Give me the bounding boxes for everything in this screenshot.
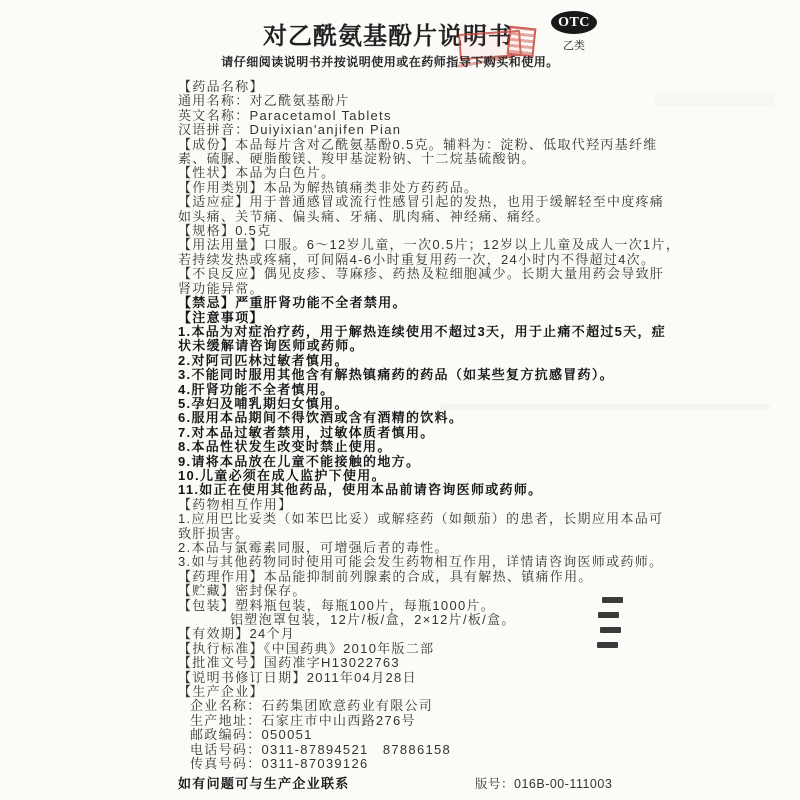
doc-line-25: 7.对本品过敏者禁用，过敏体质者慎用。 [178, 426, 646, 440]
doc-line-12: 【用法用量】口服。6～12岁儿童，一次0.5片；12岁以上儿童及成人一次1片， [178, 238, 646, 252]
doc-line-42: 【说明书修订日期】2011年04月28日 [178, 671, 646, 685]
doc-line-1: 【药品名称】 [178, 80, 646, 94]
doc-line-47: 电话号码：0311-87894521 87886158 [178, 743, 646, 757]
doc-line-9: 【适应症】用于普通感冒或流行性感冒引起的发热，也用于缓解轻至中度疼痛 [178, 195, 646, 209]
doc-line-29: 11.如正在使用其他药品，使用本品前请咨询医师或药师。 [178, 483, 646, 497]
doc-line-35: 【药理作用】本品能抑制前列腺素的合成，具有解热、镇痛作用。 [178, 570, 646, 584]
doc-line-4: 汉语拼音：Duiyixian'anjifen Pian [178, 123, 646, 137]
doc-line-44: 企业名称：石药集团欧意药业有限公司 [178, 699, 646, 713]
doc-line-15: 肾功能异常。 [178, 282, 646, 296]
doc-line-16: 【禁忌】严重肝肾功能不全者禁用。 [178, 296, 646, 310]
page-title: 对乙酰氨基酚片说明书 [0, 16, 776, 51]
doc-line-41: 【批准文号】国药准字H13022763 [178, 656, 646, 670]
doc-line-21: 3.不能同时服用其他含有解热镇痛药的药品（如某些复方抗感冒药）。 [178, 368, 646, 382]
doc-line-18: 1.本品为对症治疗药，用于解热连续使用不超过3天，用于止痛不超过5天，症 [178, 325, 646, 339]
doc-line-43: 【生产企业】 [178, 685, 646, 699]
doc-line-40: 【执行标准】《中国药典》2010年版二部 [178, 642, 646, 656]
doc-line-22: 4.肝肾功能不全者慎用。 [178, 383, 646, 397]
scan-artifact-2 [655, 92, 775, 106]
footer: 如有问题可与生产企业联系 版号：016B-00-111003 [178, 773, 646, 788]
doc-line-2: 通用名称：对乙酰氨基酚片 [178, 94, 646, 108]
doc-line-5: 【成份】本品每片含对乙酰氨基酚0.5克。辅料为：淀粉、低取代羟丙基纤维 [178, 138, 646, 152]
doc-line-17: 【注意事项】 [178, 311, 646, 325]
doc-line-6: 素、硫脲、硬脂酸镁、羧甲基淀粉钠、十二烷基硫酸钠。 [178, 152, 646, 166]
otc-badge-icon: OTC [551, 11, 597, 34]
doc-line-11: 【规格】0.5克 [178, 224, 646, 238]
doc-line-8: 【作用类别】本品为解热镇痛类非处方药药品。 [178, 181, 646, 195]
doc-line-30: 【药物相互作用】 [178, 498, 646, 512]
doc-line-13: 若持续发热或疼痛，可间隔4-6小时重复用药一次，24小时内不得超过4次。 [178, 253, 646, 267]
doc-line-45: 生产地址：石家庄市中山西路276号 [178, 714, 646, 728]
doc-line-26: 8.本品性状发生改变时禁止使用。 [178, 440, 646, 454]
doc-line-46: 邮政编码：050051 [178, 728, 646, 742]
registration-mark-3 [600, 627, 621, 633]
doc-line-38: 铝塑泡罩包装，12片/板/盒，2×12片/板/盒。 [178, 613, 646, 627]
contact-note: 如有问题可与生产企业联系 [178, 776, 350, 791]
registration-mark-1 [602, 597, 623, 603]
doc-line-19: 状未缓解请咨询医师或药师。 [178, 339, 646, 353]
doc-line-3: 英文名称：Paracetamol Tablets [178, 109, 646, 123]
scan-artifact-1 [440, 404, 770, 410]
otc-badge-label: OTC [558, 15, 590, 31]
doc-line-39: 【有效期】24个月 [178, 627, 646, 641]
document-lines: 【药品名称】通用名称：对乙酰氨基酚片英文名称：Paracetamol Table… [178, 80, 646, 772]
doc-line-37: 【包装】塑料瓶包装，每瓶100片，每瓶1000片。 [178, 599, 646, 613]
doc-line-14: 【不良反应】偶见皮疹、荨麻疹、药热及粒细胞减少。长期大量用药会导致肝 [178, 267, 646, 281]
doc-line-34: 3.如与其他药物同时使用可能会发生药物相互作用，详情请咨询医师或药师。 [178, 555, 646, 569]
drug-package-insert: 对乙酰氨基酚片说明书 OTC 乙类 请仔细阅读说明书并按说明使用或在药师指导下购… [0, 0, 800, 800]
doc-line-20: 2.对阿司匹林过敏者慎用。 [178, 354, 646, 368]
version-number: 版号：016B-00-111003 [475, 774, 612, 792]
doc-line-10: 如头痛、关节痛、偏头痛、牙痛、肌肉痛、神经痛、痛经。 [178, 210, 646, 224]
doc-line-28: 10.儿童必须在成人监护下使用。 [178, 469, 646, 483]
doc-line-7: 【性状】本品为白色片。 [178, 166, 646, 180]
doc-line-27: 9.请将本品放在儿童不能接触的地方。 [178, 455, 646, 469]
doc-line-48: 传真号码：0311-87039126 [178, 757, 646, 771]
doc-line-33: 2.本品与氯霉素同服，可增强后者的毒性。 [178, 541, 646, 555]
registration-mark-2 [598, 612, 619, 618]
usage-notice: 请仔细阅读说明书并按说明使用或在药师指导下购买和使用。 [0, 53, 780, 70]
doc-line-24: 6.服用本品期间不得饮酒或含有酒精的饮料。 [178, 411, 646, 425]
doc-line-32: 致肝损害。 [178, 527, 646, 541]
doc-line-31: 1.应用巴比妥类（如苯巴比妥）或解痉药（如颠茄）的患者，长期应用本品可 [178, 512, 646, 526]
registration-mark-4 [597, 642, 618, 648]
otc-category-label: 乙类 [551, 37, 597, 53]
doc-line-36: 【贮藏】密封保存。 [178, 584, 646, 598]
document-body: 【药品名称】通用名称：对乙酰氨基酚片英文名称：Paracetamol Table… [178, 80, 646, 788]
